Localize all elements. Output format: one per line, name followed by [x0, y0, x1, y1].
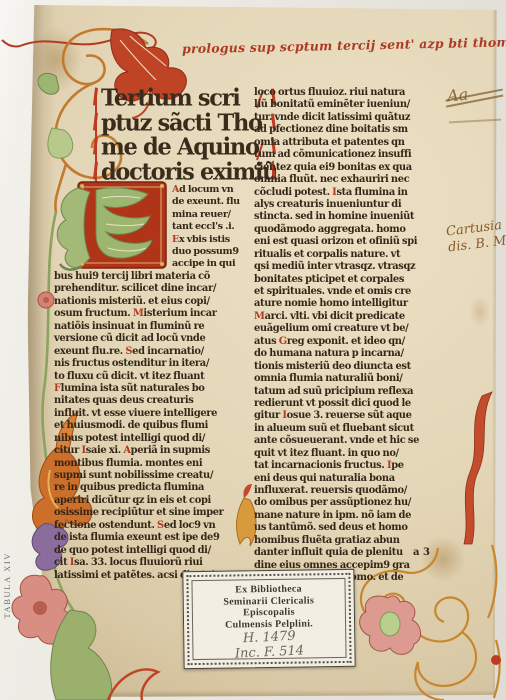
text-line: quodãmodo aggregata. homo [254, 224, 452, 236]
text-line: cientez quia ei9 bonitas ex qua [254, 162, 452, 174]
incipit-title: Tertium scriptuz sãcti Thome de Aquinodo… [94, 85, 270, 183]
text-line: ature nomie homo intelligitur [254, 298, 452, 310]
left-column-beside-initial: Ad locum vnde exeunt. flumina reuer/tant… [172, 184, 250, 271]
left-text-column: bus hui9 tercij libri materia cõprehendi… [54, 271, 249, 582]
text-line: stincta. sed in homine inueniũt [254, 211, 452, 223]
text-line: tionis misteriũ deo diuncta est [254, 361, 452, 373]
rubricated-capital: I [70, 557, 74, 568]
bookplate-text: Ex BibliothecaSeminarii ClericalisEpisco… [183, 570, 354, 631]
photographed-manuscript-page: TABULA XIV [0, 0, 506, 700]
text-line: de ista flumia exeunt est ipe de9 [54, 532, 249, 544]
text-line: ad pfectionez dine boitatis sm [254, 124, 452, 136]
text-line: qsi mediũ inter vtrasqz. vtrasqz [254, 261, 452, 273]
text-line: supmi sunt nobilissime creatu/ [54, 470, 249, 482]
text-line: liũ bonitatũ eminẽter iueniun/ [254, 99, 452, 111]
text-line: accipe in qui [172, 258, 250, 270]
text-line: eni est quasi orizon et ofiniũ spi [254, 236, 452, 248]
text-line: doctoris eximiũ [94, 158, 270, 184]
text-line: cit Isa. 33. locus fluuiorũ riui [54, 557, 249, 569]
text-line: omia attributa et patentes qn [254, 137, 452, 149]
text-line: homibus fluẽta gratiaz abun [254, 535, 452, 547]
text-line: et spirituales. vnde et omis cre [254, 286, 452, 298]
rubricated-capital: M [254, 311, 265, 322]
text-line: atus Greg exponit. et ideo qn/ [254, 336, 452, 348]
text-line: osum fructum. Misterium incar [54, 308, 249, 320]
text-line: tat incarnacionis fructus. Ipe [254, 460, 452, 472]
text-line: prehenditur. scilicet dine incar/ [54, 283, 249, 295]
text-line: re in quibus predicta flumina [54, 482, 249, 494]
text-line: Ex vbis istis [172, 234, 250, 246]
text-line: loco ortus fluuioz. riui natura [254, 87, 452, 99]
rubricated-capital: A [123, 445, 130, 456]
rubricated-capital: M [133, 308, 144, 319]
text-line: tatum ad suũ pricipium reflexa [254, 386, 452, 398]
text-line: citur Isaie xi. Aperiã in supmis [54, 445, 249, 457]
text-line: euãgelium omi creature vt be/ [254, 323, 452, 335]
plate-caption: TABULA XIV [2, 552, 12, 619]
rubricated-capital: S [157, 520, 164, 531]
rubricated-capital: I [282, 410, 286, 421]
rubricated-capital: F [54, 383, 61, 394]
rubricated-capital: A [172, 184, 179, 195]
text-line: us tantũmõ. sed deus et homo [254, 522, 452, 534]
text-line: ritualis et corpalis nature. vt [254, 249, 452, 261]
quire-signature: a 3 [413, 547, 430, 558]
text-line: quit vt itez fluant. in quo no/ [254, 448, 452, 460]
text-line: ante cõsueuerant. vnde et hic se [254, 435, 452, 447]
text-line: eni deus qui naturalia bona [254, 473, 452, 485]
text-line: influxerat. reuersis quodãmo/ [254, 485, 452, 497]
rubricated-capital: I [81, 445, 85, 456]
text-line: Marci. vlti. vbi dicit predicate [254, 311, 452, 323]
text-line: osissime recipiũtur et sine imper [54, 507, 249, 519]
rubricated-capital: I [332, 187, 336, 198]
rubricated-capital: S [125, 346, 132, 357]
text-line: omnia flumia naturaliũ boni/ [254, 373, 452, 385]
text-line: nitates quas deus creaturis [54, 395, 249, 407]
rubricated-capital: G [279, 336, 287, 347]
text-line: alys creaturis inueniuntur di [254, 199, 452, 211]
text-line: duo possum9 [172, 246, 250, 258]
text-line: fectione ostendunt. Sed loc9 vn [54, 520, 249, 532]
text-line: do omibus per assũptionez hu/ [254, 497, 452, 509]
text-line: bus hui9 tercij libri materia cõ [54, 271, 249, 283]
text-line: tur. vnde dicit latissimi quãtuz [254, 112, 452, 124]
text-line: gitur Iosue 3. reuerse sũt aque [254, 410, 452, 422]
text-line: Flumina ista sũt naturales bo [54, 383, 249, 395]
text-line: nationis misteriũ. et eius copi/ [54, 296, 249, 308]
text-line: nis fructus ostenditur in itera/ [54, 358, 249, 370]
text-line: mane nature in ipm. nõ iam de [254, 510, 452, 522]
text-line: tant eccl's .i. [172, 221, 250, 233]
rubricated-capital: I [387, 460, 391, 471]
text-line: versione cũ dicit ad locũ vnde [54, 333, 249, 345]
text-line: cõcludi potest. Ista flumina in [254, 187, 452, 199]
text-line: nibus potest intelligi quod di/ [54, 433, 249, 445]
text-line: me de Aquino [94, 134, 270, 160]
text-line: natiõis insinuat in fluminũ re [54, 321, 249, 333]
text-line: ptuz sãcti Tho [94, 109, 270, 135]
rubricated-capital: E [172, 234, 179, 245]
text-line: do humana natura p incarna/ [254, 348, 452, 360]
text-line: redierunt vt possit dici quod le [254, 398, 452, 410]
text-line: in alueum suũ et fluebant sicut [254, 423, 452, 435]
text-line: et huiusmodi. de quibus flumi [54, 420, 249, 432]
text-line: aperiri dicũtur qz in eis et copi [54, 495, 249, 507]
text-line: to fluxu cũ dicit. vt itez fluant [54, 371, 249, 383]
right-text-column: loco ortus fluuioz. riui naturaliũ bonit… [254, 87, 452, 585]
text-line: exeunt flu.re. Sed incarnatio/ [54, 346, 249, 358]
text-line: tum ad cõmunicationez insuffi [254, 149, 452, 161]
text-line: de exeunt. flu [172, 196, 250, 208]
text-line: Tertium scri [94, 85, 270, 111]
text-line: mina reuer/ [172, 209, 250, 221]
library-bookplate: Ex BibliothecaSeminarii ClericalisEpisco… [182, 569, 355, 669]
text-line: de quo potest intelligi quod di/ [54, 545, 249, 557]
text-line: bonitates pticipet et corpales [254, 274, 452, 286]
text-line: Ad locum vn [172, 184, 250, 196]
text-line: influit. vt esse viuere intelligere [54, 408, 249, 420]
text-line: montibus flumia. montes eni [54, 458, 249, 470]
text-line: omnia fluũt. nec exhauriri nec [254, 174, 452, 186]
